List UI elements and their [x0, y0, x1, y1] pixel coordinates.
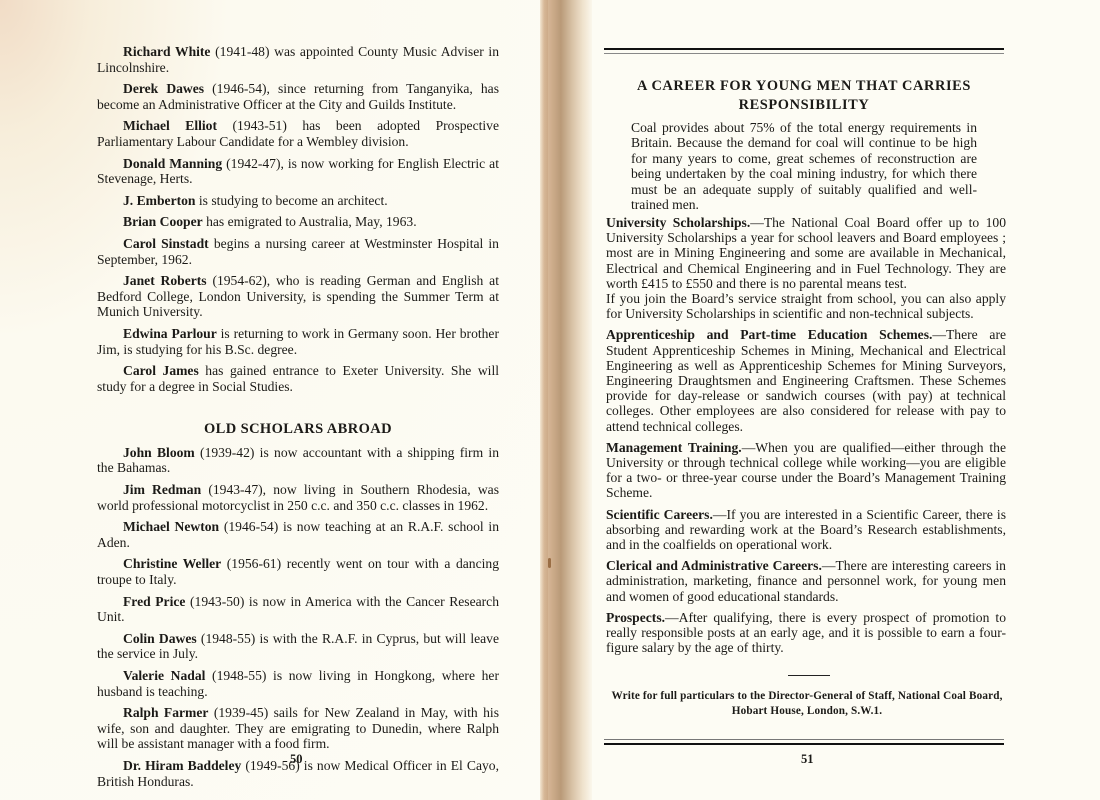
section-heading: University Scholarships. [606, 215, 750, 230]
abroad-entry: Colin Dawes (1948-55) is with the R.A.F.… [97, 631, 499, 662]
bottom-rule-thick [604, 743, 1004, 745]
entry-name: Colin Dawes [123, 631, 197, 646]
entry-name: Edwina Parlour [123, 326, 217, 341]
page-number-right: 51 [801, 752, 814, 767]
spine-shadow [540, 0, 548, 800]
abroad-entry: Michael Newton (1946-54) is now teaching… [97, 519, 499, 550]
advert-title: A CAREER FOR YOUNG MEN THAT CARRIES RESP… [606, 77, 1002, 115]
section-management-training: Management Training.—When you are qualif… [606, 440, 1006, 501]
news-entry: Michael Elliot (1943-51) has been adopte… [97, 118, 499, 149]
section-heading: Management Training. [606, 440, 742, 455]
abroad-entry: Jim Redman (1943-47), now living in Sout… [97, 482, 499, 513]
advert-intro: Coal provides about 75% of the total ene… [631, 120, 977, 212]
section-text: If you join the Board’s service straight… [606, 291, 1006, 321]
section-clerical-careers: Clerical and Administrative Careers.—The… [606, 558, 1006, 604]
advert-title-line-2: RESPONSIBILITY [606, 96, 1002, 115]
news-entry: Brian Cooper has emigrated to Australia,… [97, 214, 499, 230]
entry-name: Carol Sinstadt [123, 236, 209, 251]
entry-name: Derek Dawes [123, 81, 204, 96]
section-prospects: Prospects.—After qualifying, there is ev… [606, 610, 1006, 656]
section-apprenticeship: Apprenticeship and Part-time Education S… [606, 327, 1006, 433]
entry-name: Brian Cooper [123, 214, 203, 229]
section-heading: Scientific Careers. [606, 507, 713, 522]
news-entry: Donald Manning (1942-47), is now working… [97, 156, 499, 187]
abroad-entry: Ralph Farmer (1939-45) sails for New Zea… [97, 705, 499, 752]
entry-text: is studying to become an architect. [196, 193, 388, 208]
short-divider [788, 675, 830, 676]
entry-name: Dr. Hiram Baddeley [123, 758, 241, 773]
old-scholars-abroad-list: John Bloom (1939-42) is now accountant w… [97, 445, 499, 789]
section-text: —After qualifying, there is every prospe… [606, 610, 1006, 655]
bottom-rule-thin [604, 739, 1004, 740]
news-entry: Janet Roberts (1954-62), who is reading … [97, 273, 499, 320]
entry-name: John Bloom [123, 445, 195, 460]
section-scientific-careers: Scientific Careers.—If you are intereste… [606, 507, 1006, 553]
entry-text: has emigrated to Australia, May, 1963. [203, 214, 417, 229]
contact-note: Write for full particulars to the Direct… [606, 689, 1008, 719]
abroad-entry: Valerie Nadal (1948-55) is now living in… [97, 668, 499, 699]
left-page-text: Richard White (1941-48) was appointed Co… [97, 44, 499, 795]
news-entry: Edwina Parlour is returning to work in G… [97, 326, 499, 357]
page-number-left: 50 [290, 752, 303, 767]
section-heading: Apprenticeship and Part-time Education S… [606, 327, 932, 342]
news-entry: J. Emberton is studying to become an arc… [97, 193, 499, 209]
advert-sections: University Scholarships.—The National Co… [606, 215, 1006, 661]
entry-name: J. Emberton [123, 193, 196, 208]
section-text: —There are Student Apprenticeship Scheme… [606, 327, 1006, 433]
entry-name: Fred Price [123, 594, 185, 609]
top-rule-thick [604, 48, 1004, 50]
entry-name: Donald Manning [123, 156, 222, 171]
abroad-entry: Fred Price (1943-50) is now in America w… [97, 594, 499, 625]
spine-mark [548, 558, 551, 568]
entry-name: Carol James [123, 363, 199, 378]
section-heading-old-scholars-abroad: OLD SCHOLARS ABROAD [97, 422, 499, 438]
entry-name: Michael Newton [123, 519, 219, 534]
entry-name: Michael Elliot [123, 118, 217, 133]
book-spread: Richard White (1941-48) was appointed Co… [0, 0, 1100, 800]
section-heading: Prospects. [606, 610, 665, 625]
abroad-entry: Christine Weller (1956-61) recently went… [97, 556, 499, 587]
old-scholars-news-list: Richard White (1941-48) was appointed Co… [97, 44, 499, 394]
section-scholarships-continued: If you join the Board’s service straight… [606, 291, 1006, 321]
entry-name: Janet Roberts [123, 273, 207, 288]
entry-name: Ralph Farmer [123, 705, 208, 720]
entry-name: Christine Weller [123, 556, 221, 571]
abroad-entry: John Bloom (1939-42) is now accountant w… [97, 445, 499, 476]
top-rule-thin [604, 53, 1004, 54]
entry-name: Valerie Nadal [123, 668, 205, 683]
advert-title-line-1: A CAREER FOR YOUNG MEN THAT CARRIES [606, 77, 1002, 96]
news-entry: Carol Sinstadt begins a nursing career a… [97, 236, 499, 267]
news-entry: Carol James has gained entrance to Exete… [97, 363, 499, 394]
entry-name: Richard White [123, 44, 210, 59]
news-entry: Richard White (1941-48) was appointed Co… [97, 44, 499, 75]
entry-name: Jim Redman [123, 482, 201, 497]
news-entry: Derek Dawes (1946-54), since returning f… [97, 81, 499, 112]
section-heading: Clerical and Administrative Careers. [606, 558, 822, 573]
section-university-scholarships: University Scholarships.—The National Co… [606, 215, 1006, 291]
